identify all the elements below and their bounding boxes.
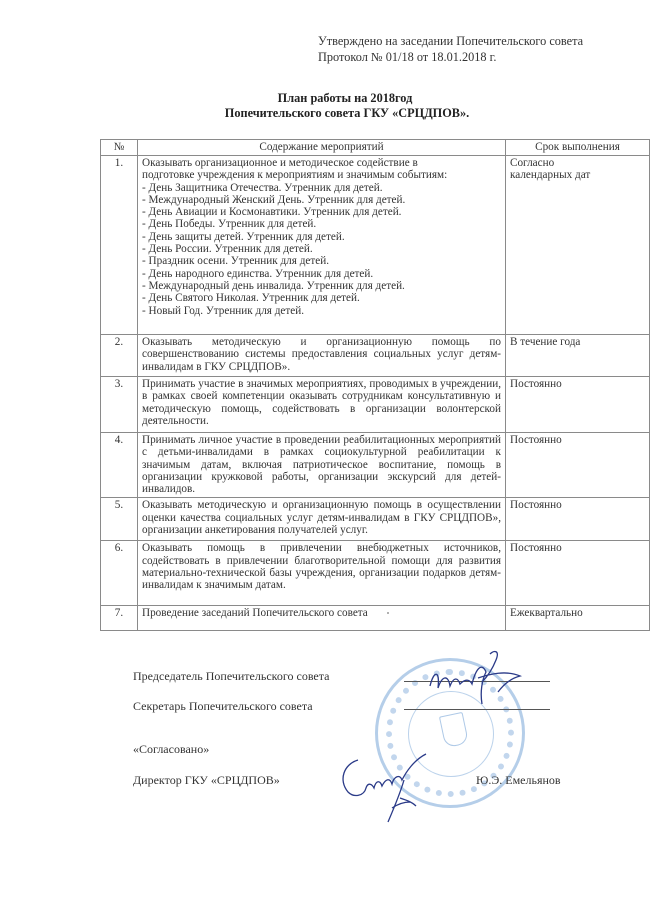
table-row: 6. Оказывать помощь в привлечении внебюд… [101, 541, 650, 606]
table-header-row: № Содержание мероприятий Срок выполнения [101, 140, 650, 156]
event-item: - День Святого Николая. Утренник для дет… [142, 292, 501, 304]
row-number: 4. [101, 433, 138, 498]
title-line-plan: План работы на 2018год [0, 91, 654, 106]
header-content: Содержание мероприятий [138, 140, 506, 156]
row-term: В течение года [506, 335, 650, 377]
director-name: Ю.Э. Емельянов [476, 773, 561, 788]
row-content: Проведение заседаний Попечительского сов… [138, 606, 506, 631]
director-label: Директор ГКУ «СРЦДПОВ» [133, 773, 280, 788]
row-term: Ежеквартально [506, 606, 650, 631]
event-item: - День России. Утренник для детей. [142, 243, 501, 255]
row-number: 2. [101, 335, 138, 377]
row-content: Оказывать методическую и организационную… [138, 335, 506, 377]
content-line: Оказывать организационное и методическое… [142, 157, 501, 169]
title-line-council: Попечительского совета ГКУ «СРЦДПОВ». [0, 106, 654, 121]
row-number: 7. [101, 606, 138, 631]
approval-note: Утверждено на заседании Попечительского … [318, 33, 583, 65]
row-term: Постоянно [506, 377, 650, 433]
row-content: Оказывать организационное и методическое… [138, 156, 506, 335]
event-item: - День Авиации и Космонавтики. Утренник … [142, 206, 501, 218]
chair-label: Председатель Попечительского совета [133, 669, 329, 684]
row-term: Согласно календарных дат [506, 156, 650, 335]
content-line: подготовке учреждения к мероприятиям и з… [142, 169, 501, 181]
table-row: 1. Оказывать организационное и методичес… [101, 156, 650, 335]
header-number: № [101, 140, 138, 156]
secretary-label: Секретарь Попечительского совета [133, 699, 313, 714]
row-content: Принимать участие в значимых мероприятия… [138, 377, 506, 433]
row-number: 3. [101, 377, 138, 433]
table-row: 2. Оказывать методическую и организацион… [101, 335, 650, 377]
event-item: - Международный день инвалида. Утренник … [142, 280, 501, 292]
row-number: 5. [101, 498, 138, 541]
document-title: План работы на 2018год Попечительского с… [0, 91, 654, 121]
table-row: 4. Принимать личное участие в проведении… [101, 433, 650, 498]
director-signature-icon [330, 750, 450, 830]
row-number: 1. [101, 156, 138, 335]
scan-speck [387, 612, 389, 614]
agreed-label: «Согласовано» [133, 742, 209, 757]
event-item: - День Победы. Утренник для детей. [142, 218, 501, 230]
event-item: - День защиты детей. Утренник для детей. [142, 231, 501, 243]
event-item: - День народного единства. Утренник для … [142, 268, 501, 280]
row-content: Оказывать методическую и организационную… [138, 498, 506, 541]
row-term: Постоянно [506, 433, 650, 498]
chair-signature-icon [420, 648, 540, 718]
term-line: Согласно [510, 157, 645, 169]
row-term: Постоянно [506, 498, 650, 541]
event-item: - Новый Год. Утренник для детей. [142, 305, 501, 317]
row-term: Постоянно [506, 541, 650, 606]
work-plan-table: № Содержание мероприятий Срок выполнения… [100, 139, 650, 631]
row-content: Оказывать помощь в привлечении внебюджет… [138, 541, 506, 606]
header-term: Срок выполнения [506, 140, 650, 156]
event-item: - День Защитника Отечества. Утренник для… [142, 182, 501, 194]
event-item: - Международный Женский День. Утренник д… [142, 194, 501, 206]
row-content: Принимать личное участие в проведении ре… [138, 433, 506, 498]
approval-line-protocol: Протокол № 01/18 от 18.01.2018 г. [318, 49, 583, 65]
approval-line-meeting: Утверждено на заседании Попечительского … [318, 33, 583, 49]
term-line: календарных дат [510, 169, 645, 181]
row-number: 6. [101, 541, 138, 606]
table-row: 5. Оказывать методическую и организацион… [101, 498, 650, 541]
table-row: 3. Принимать участие в значимых мероприя… [101, 377, 650, 433]
event-item: - Праздник осени. Утренник для детей. [142, 255, 501, 267]
table-row: 7. Проведение заседаний Попечительского … [101, 606, 650, 631]
